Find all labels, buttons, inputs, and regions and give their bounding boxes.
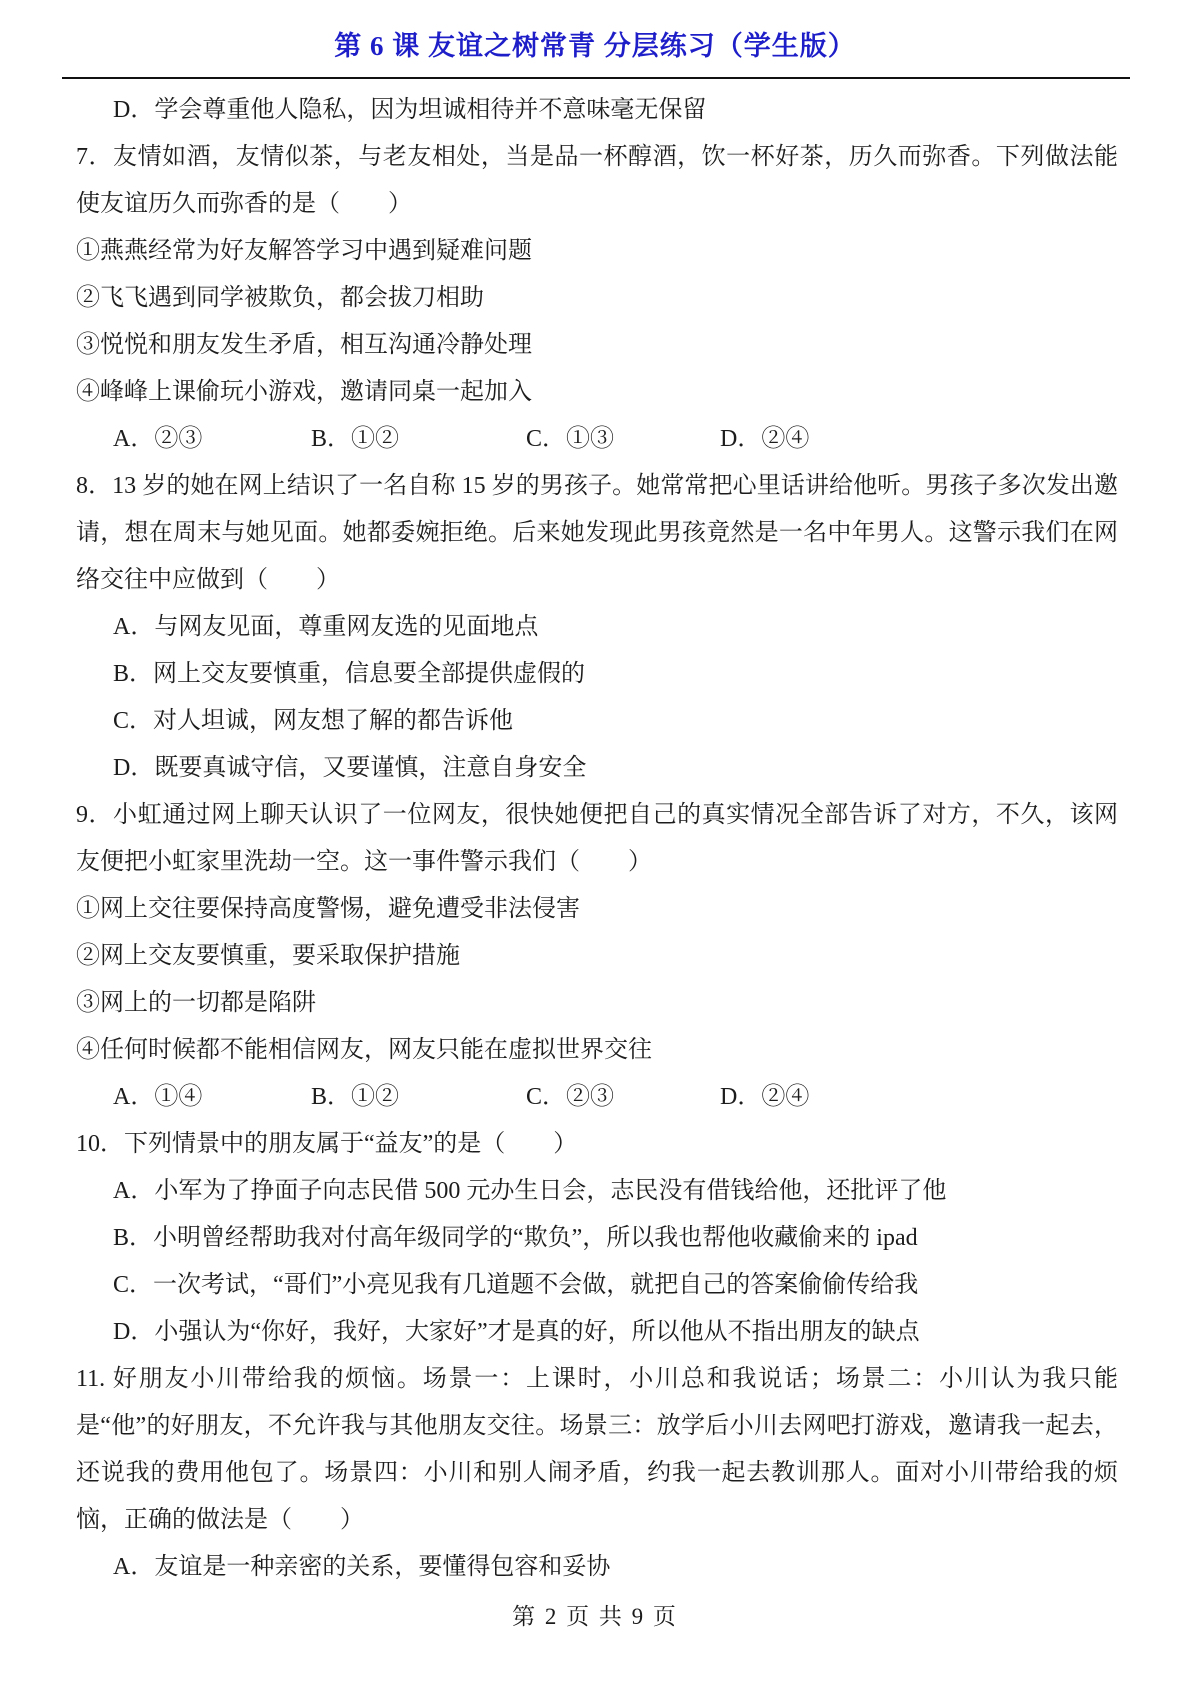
question-stem: 9．小虹通过网上聊天认识了一位网友，很快她便把自己的真实情况全部告诉了对方，不久… [76, 792, 1118, 886]
choice-row: A．①④B．①②C．②③D．②④ [76, 1074, 1118, 1121]
question-content: D．学会尊重他人隐私，因为坦诚相待并不意味毫无保留7．友情如酒，友情似茶，与老友… [76, 87, 1118, 1591]
choice-option: C．①③ [526, 416, 720, 463]
question-stem: 10．下列情景中的朋友属于“益友”的是（ ） [76, 1121, 1118, 1168]
numbered-item: ①网上交往要保持高度警惕，避免遭受非法侵害 [76, 886, 1118, 933]
choice-line: A．与网友见面，尊重网友选的见面地点 [76, 604, 1118, 651]
choice-option: D．②④ [720, 416, 809, 463]
choice-line: D．既要真诚守信，又要谨慎，注意自身安全 [76, 745, 1118, 792]
choice-line: C．一次考试，“哥们”小亮见我有几道题不会做，就把自己的答案偷偷传给我 [76, 1262, 1118, 1309]
numbered-item: ④峰峰上课偷玩小游戏，邀请同桌一起加入 [76, 369, 1118, 416]
choice-line: C．对人坦诚，网友想了解的都告诉他 [76, 698, 1118, 745]
choice-option: B．①② [311, 1074, 526, 1121]
choice-option: B．①② [311, 416, 526, 463]
choice-line: B．小明曾经帮助我对付高年级同学的“欺负”，所以我也帮他收藏偷来的 ipad [76, 1215, 1118, 1262]
page-number: 第 2 页 共 9 页 [0, 1598, 1190, 1631]
numbered-item: ①燕燕经常为好友解答学习中遇到疑难问题 [76, 228, 1118, 275]
numbered-item: ④任何时候都不能相信网友，网友只能在虚拟世界交往 [76, 1027, 1118, 1074]
numbered-item: ②飞飞遇到同学被欺负，都会拔刀相助 [76, 275, 1118, 322]
question-stem: 7．友情如酒，友情似茶，与老友相处，当是品一杯醇酒，饮一杯好茶，历久而弥香。下列… [76, 134, 1118, 228]
question-stem: 8．13 岁的她在网上结识了一名自称 15 岁的男孩子。她常常把心里话讲给他听。… [76, 463, 1118, 604]
page-title: 第 6 课 友谊之树常青 分层练习（学生版） [0, 0, 1190, 63]
choice-line: A．友谊是一种亲密的关系，要懂得包容和妥协 [76, 1544, 1118, 1591]
choice-line: D．学会尊重他人隐私，因为坦诚相待并不意味毫无保留 [76, 87, 1118, 134]
numbered-item: ③网上的一切都是陷阱 [76, 980, 1118, 1027]
question-stem: 11. 好朋友小川带给我的烦恼。场景一：上课时，小川总和我说话；场景二：小川认为… [76, 1356, 1118, 1544]
choice-line: A．小军为了挣面子向志民借 500 元办生日会，志民没有借钱给他，还批评了他 [76, 1168, 1118, 1215]
header-divider [62, 77, 1130, 79]
numbered-item: ③悦悦和朋友发生矛盾，相互沟通冷静处理 [76, 322, 1118, 369]
choice-option: A．②③ [113, 416, 311, 463]
worksheet-page: 第 6 课 友谊之树常青 分层练习（学生版） D．学会尊重他人隐私，因为坦诚相待… [0, 0, 1190, 1682]
choice-line: B．网上交友要慎重，信息要全部提供虚假的 [76, 651, 1118, 698]
choice-option: C．②③ [526, 1074, 720, 1121]
numbered-item: ②网上交友要慎重，要采取保护措施 [76, 933, 1118, 980]
choice-option: D．②④ [720, 1074, 809, 1121]
choice-option: A．①④ [113, 1074, 311, 1121]
choice-line: D．小强认为“你好，我好，大家好”才是真的好，所以他从不指出朋友的缺点 [76, 1309, 1118, 1356]
choice-row: A．②③B．①②C．①③D．②④ [76, 416, 1118, 463]
